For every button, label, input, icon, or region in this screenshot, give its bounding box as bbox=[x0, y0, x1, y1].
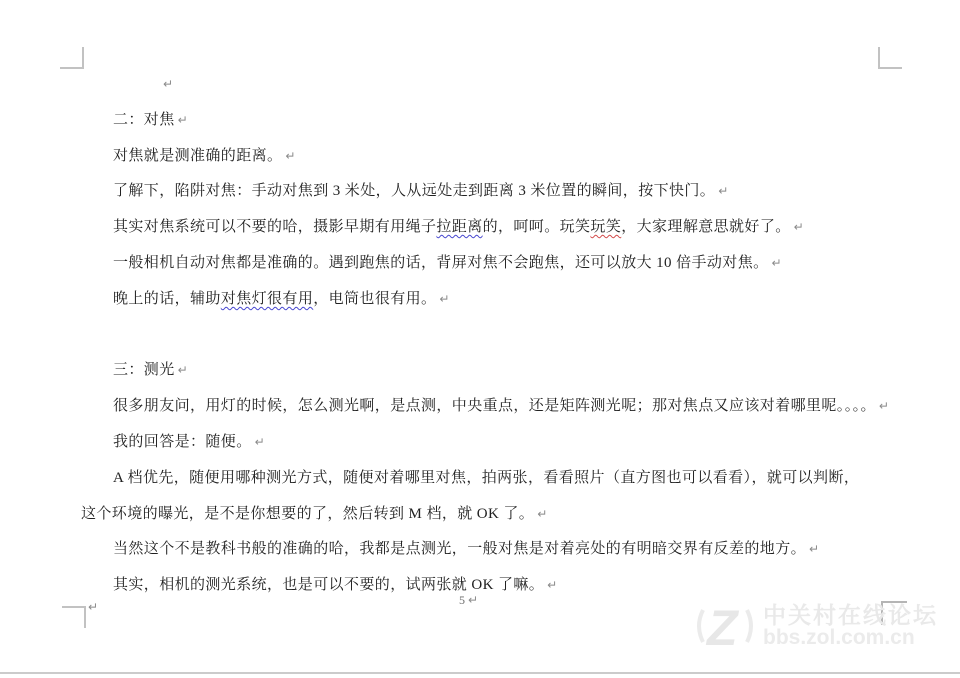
paragraph-mark-icon: ↵ bbox=[809, 542, 819, 556]
text-run: 了解下，陷阱对焦：手动对焦到 3 米处，人从远处走到距离 3 米位置的瞬间，按下… bbox=[113, 183, 715, 199]
text-run: ，大家理解意思就好了。 bbox=[621, 219, 790, 235]
paragraph-mark-icon: ↵ bbox=[163, 77, 173, 91]
text-run: 这个环境的曝光，是不是你想要的了，然后转到 M 档，就 OK 了。 bbox=[81, 506, 534, 522]
text-run: A 档优先，随便用哪种测光方式，随便对着哪里对焦，拍两张，看看照片（直方图也可以… bbox=[113, 470, 859, 486]
paragraph-mark-icon: ↵ bbox=[718, 184, 728, 198]
paragraph-mark-icon: ↵ bbox=[285, 149, 295, 163]
paragraph-mark-icon: ↵ bbox=[439, 292, 449, 306]
document-line[interactable]: 我的回答是：随便。↵ bbox=[81, 425, 896, 461]
paragraph-mark-icon: ↵ bbox=[879, 399, 889, 413]
document-body[interactable]: ↵二：对焦↵对焦就是测准确的距离。↵了解下，陷阱对焦：手动对焦到 3 米处，人从… bbox=[81, 67, 896, 604]
text-run: 其实对焦系统可以不要的哈，摄影早期有用绳子 bbox=[113, 219, 436, 235]
text-run: 当然这个不是教科书般的准确的哈，我都是点测光，一般对焦是对着亮处的有明暗交界有反… bbox=[113, 541, 806, 557]
svg-text:Z: Z bbox=[705, 600, 740, 656]
zol-watermark: Z 中关村在线论坛 bbs.zol.com.cn bbox=[693, 596, 938, 656]
watermark-site-url: bbs.zol.com.cn bbox=[763, 627, 938, 649]
text-run: 三：测光 bbox=[113, 362, 175, 378]
document-line[interactable]: 当然这个不是教科书般的准确的哈，我都是点测光，一般对焦是对着亮处的有明暗交界有反… bbox=[81, 532, 896, 568]
paragraph-mark-icon: ↵ bbox=[468, 593, 478, 607]
text-run: 一般相机自动对焦都是准确的。遇到跑焦的话，背屏对焦不会跑焦，还可以放大 10 倍… bbox=[113, 255, 769, 271]
text-run: 的，呵呵。玩笑 bbox=[483, 219, 591, 235]
spellcheck-red-underline-text: 玩笑 bbox=[590, 219, 621, 235]
footer-page-number: 5↵ bbox=[459, 592, 478, 608]
zol-logo-icon: Z bbox=[693, 596, 757, 656]
document-line[interactable]: 对焦就是测准确的距离。↵ bbox=[81, 139, 896, 175]
window-bottom-edge bbox=[0, 672, 960, 674]
document-line[interactable]: 了解下，陷阱对焦：手动对焦到 3 米处，人从远处走到距离 3 米位置的瞬间，按下… bbox=[81, 174, 896, 210]
text-run: 对焦就是测准确的距离。 bbox=[113, 148, 282, 164]
watermark-text: 中关村在线论坛 bbs.zol.com.cn bbox=[763, 603, 938, 649]
document-line[interactable]: 很多朋友问，用灯的时候，怎么测光啊，是点测，中央重点，还是矩阵测光呢；那对焦点又… bbox=[81, 389, 896, 425]
document-line[interactable]: 其实对焦系统可以不要的哈，摄影早期有用绳子拉距离的，呵呵。玩笑玩笑，大家理解意思… bbox=[81, 210, 896, 246]
text-run: 其实，相机的测光系统，也是可以不要的，试两张就 OK 了嘛。 bbox=[113, 577, 544, 593]
document-line[interactable] bbox=[81, 318, 896, 354]
document-line[interactable]: 一般相机自动对焦都是准确的。遇到跑焦的话，背屏对焦不会跑焦，还可以放大 10 倍… bbox=[81, 246, 896, 282]
document-line[interactable]: 二：对焦↵ bbox=[81, 103, 896, 139]
text-run: 我的回答是：随便。 bbox=[113, 434, 252, 450]
paragraph-mark-icon: ↵ bbox=[547, 578, 557, 592]
text-run: 很多朋友问，用灯的时候，怎么测光啊，是点测，中央重点，还是矩阵测光呢；那对焦点又… bbox=[113, 398, 876, 414]
text-boundary-mark-top-left bbox=[60, 47, 84, 69]
word-document-page: ↵二：对焦↵对焦就是测准确的距离。↵了解下，陷阱对焦：手动对焦到 3 米处，人从… bbox=[0, 0, 960, 678]
document-line[interactable]: 三：测光↵ bbox=[81, 353, 896, 389]
paragraph-mark-icon: ↵ bbox=[255, 435, 265, 449]
paragraph-mark-icon: ↵ bbox=[178, 113, 188, 127]
document-line[interactable]: 这个环境的曝光，是不是你想要的了，然后转到 M 档，就 OK 了。↵ bbox=[81, 497, 896, 533]
text-run: 二：对焦 bbox=[113, 112, 175, 128]
document-line[interactable]: A 档优先，随便用哪种测光方式，随便对着哪里对焦，拍两张，看看照片（直方图也可以… bbox=[81, 461, 896, 497]
watermark-site-name: 中关村在线论坛 bbox=[763, 603, 938, 627]
document-line[interactable]: ↵ bbox=[81, 67, 896, 103]
paragraph-mark-icon: ↵ bbox=[772, 256, 782, 270]
paragraph-mark-icon: ↵ bbox=[537, 507, 547, 521]
text-boundary-mark-top-right bbox=[878, 47, 902, 69]
text-run: ，电筒也很有用。 bbox=[313, 291, 436, 307]
grammar-blue-underline-text: 对焦灯很有用 bbox=[221, 291, 313, 307]
grammar-blue-underline-text: 拉距离 bbox=[436, 219, 482, 235]
paragraph-mark-icon: ↵ bbox=[178, 363, 188, 377]
text-boundary-mark-bottom-left bbox=[62, 606, 86, 628]
document-line[interactable]: 晚上的话，辅助对焦灯很有用，电筒也很有用。↵ bbox=[81, 282, 896, 318]
page-number-value: 5 bbox=[459, 593, 465, 607]
footer-paragraph-mark-icon: ↵ bbox=[88, 600, 98, 614]
paragraph-mark-icon: ↵ bbox=[794, 220, 804, 234]
text-run: 晚上的话，辅助 bbox=[113, 291, 221, 307]
